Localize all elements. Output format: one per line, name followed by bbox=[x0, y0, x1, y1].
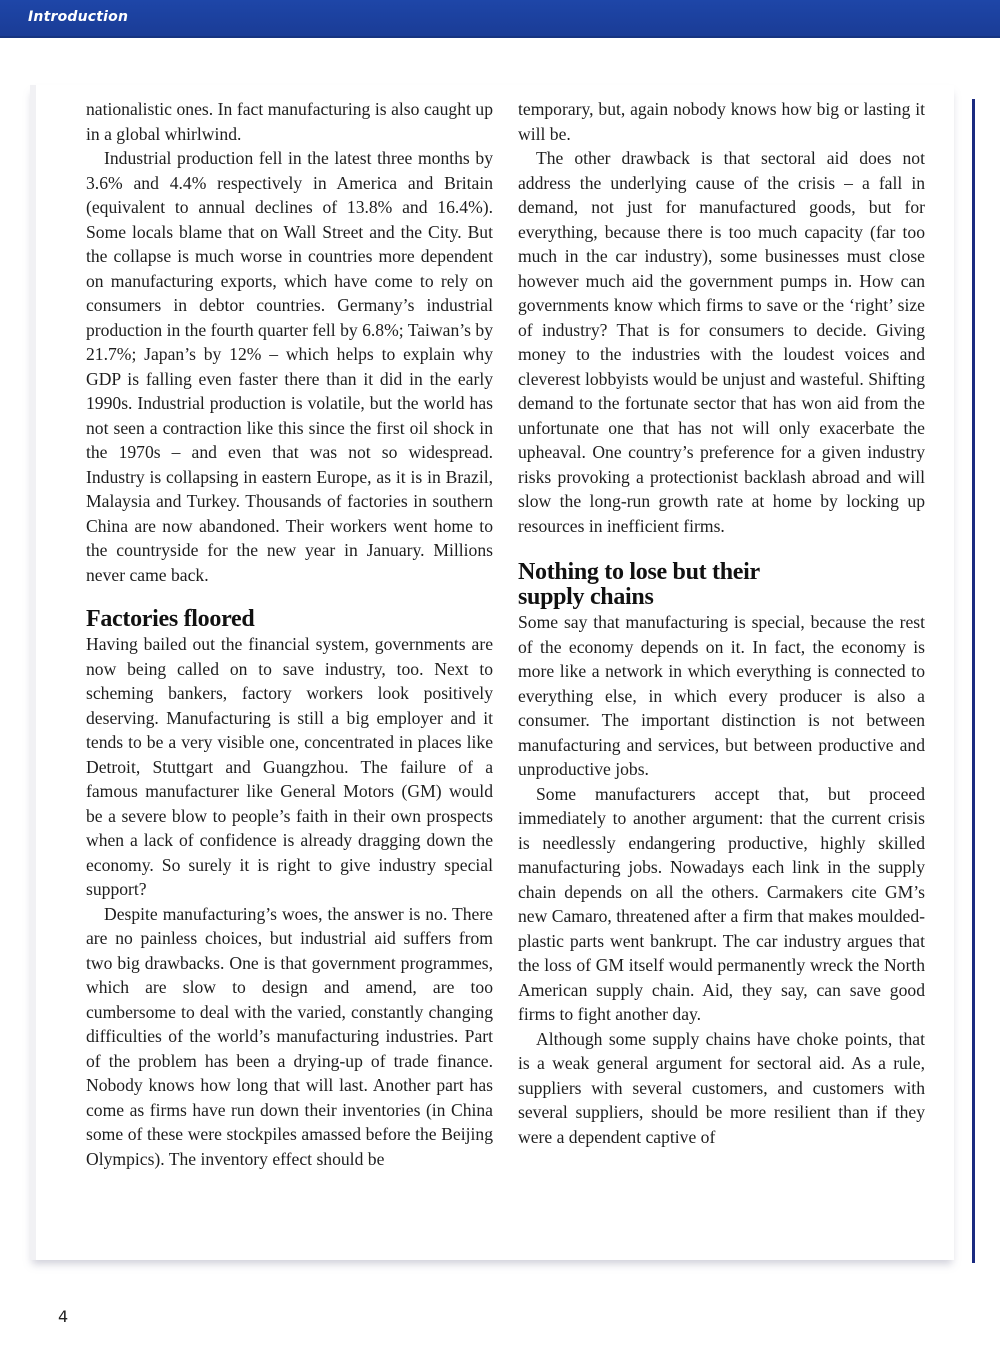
page-number: 4 bbox=[58, 1307, 68, 1326]
paragraph: Having bailed out the financial system, … bbox=[86, 632, 493, 902]
paragraph: Some say that manufacturing is special, … bbox=[518, 610, 925, 782]
paragraph: The other drawback is that sectoral aid … bbox=[518, 146, 925, 538]
left-column: nationalistic ones. In fact manufacturin… bbox=[86, 97, 493, 1171]
paragraph: Some manufacturers accept that, but proc… bbox=[518, 782, 925, 1027]
paragraph: Despite manufacturing’s woes, the answer… bbox=[86, 902, 493, 1172]
paragraph: Industrial production fell in the latest… bbox=[86, 146, 493, 587]
heading-line: Nothing to lose but their bbox=[518, 559, 760, 585]
section-label: Introduction bbox=[28, 9, 128, 25]
paragraph: temporary, but, again nobody knows how b… bbox=[518, 97, 925, 146]
section-heading-supply-chains: Nothing to lose but their supply chains bbox=[518, 560, 925, 610]
vertical-rule bbox=[972, 99, 975, 1263]
section-heading-factories-floored: Factories floored bbox=[86, 605, 493, 632]
right-column: temporary, but, again nobody knows how b… bbox=[518, 97, 925, 1149]
heading-line: supply chains bbox=[518, 584, 654, 610]
paragraph: Although some supply chains have choke p… bbox=[518, 1027, 925, 1150]
section-header-band: Introduction bbox=[0, 0, 1000, 38]
paragraph: nationalistic ones. In fact manufacturin… bbox=[86, 97, 493, 146]
